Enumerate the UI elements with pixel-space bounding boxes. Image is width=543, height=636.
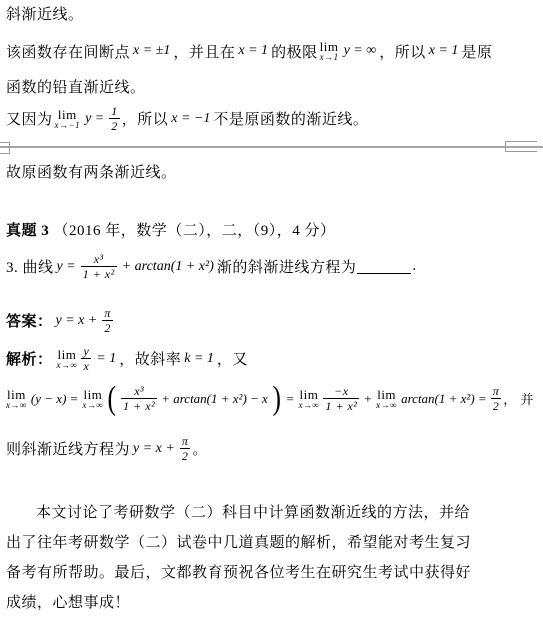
paragraph-line: 本文讨论了考研数学（二）科目中计算函数渐近线的方法，并给	[6, 498, 538, 528]
divider-right-marker	[505, 141, 537, 152]
math-expression: = 1	[93, 351, 119, 367]
math-expression: x = 1	[235, 43, 271, 59]
math-expression: k = 1	[181, 351, 217, 367]
conclusion-line: 则斜渐近线方程为 y = x + π 2 。	[6, 434, 208, 464]
fraction-numerator: −x	[332, 384, 350, 398]
math-expression: + arctan(1 + x²)	[119, 259, 217, 275]
limit-operator: lim x→∞	[57, 348, 78, 370]
body-text: ，所以	[122, 108, 169, 129]
math-expression: =	[284, 391, 297, 407]
fraction-denominator: 2	[491, 398, 502, 413]
text-line-3: 函数的铅直渐近线。	[6, 76, 146, 97]
body-text: 又因为	[6, 108, 53, 129]
fraction: y x	[81, 344, 91, 374]
blank-underline	[357, 259, 411, 274]
fraction-denominator: 2	[180, 448, 191, 463]
limit-operator: lim x→−1	[55, 108, 81, 130]
body-text: 故原函数有两条渐近线。	[6, 165, 177, 181]
math-expression: x = 1	[426, 43, 462, 59]
limit-subscript: x→∞	[298, 401, 319, 410]
limit-operator: lim x→∞	[82, 388, 103, 410]
body-text: ， 并	[503, 389, 534, 408]
fraction-numerator: 1	[109, 104, 120, 118]
body-text: 斜渐近线。	[6, 7, 84, 23]
question-line: 3. 曲线 y = x³ 1 + x² + arctan(1 + x²) 渐的斜…	[6, 252, 417, 282]
fraction: π 2	[102, 306, 113, 336]
divider-left-marker	[0, 142, 10, 154]
math-expression: x = −1	[168, 111, 213, 127]
body-text: 渐的斜渐进线方程为	[217, 256, 357, 277]
math-expression: y = ∞	[341, 43, 380, 59]
body-text: 。	[192, 438, 208, 459]
fraction-numerator: π	[102, 306, 113, 320]
limit-subscript: x→∞	[82, 401, 103, 410]
math-expression: (y − x) =	[29, 391, 81, 407]
fraction-numerator: π	[180, 434, 191, 448]
fraction-numerator: π	[491, 384, 502, 398]
body-text: 3. 曲线	[6, 256, 54, 277]
answer-label: 答案：	[6, 310, 53, 331]
analysis-line: 解析： lim x→∞ y x = 1 ，故斜率 k = 1 ，又	[6, 344, 248, 374]
fraction-denominator: 2	[109, 118, 120, 133]
limit-op-text: lim	[58, 108, 77, 121]
document-page: 斜渐近线。 该函数存在间断点 x = ±1 ，并且在 x = 1 的极限 lim…	[0, 0, 543, 636]
analysis-label: 解析：	[6, 348, 53, 369]
limit-subscript: x→∞	[6, 401, 27, 410]
limit-operator: lim x→∞	[298, 388, 319, 410]
answer-line: 答案： y = x + π 2	[6, 306, 115, 336]
limit-op-text: lim	[7, 388, 26, 401]
fraction-denominator: x	[81, 358, 91, 373]
math-expression: y =	[54, 259, 79, 275]
body-text: 该函数存在间断点	[6, 41, 130, 62]
paragraph-line: 备考有所帮助。最后，文都教育预祝各位考生在研究生考试中获得好	[6, 558, 538, 588]
limit-subscript: x→∞	[57, 361, 78, 370]
fraction-numerator: x³	[92, 252, 106, 266]
fraction: 1 2	[109, 104, 120, 134]
fraction: x³ 1 + x²	[81, 252, 117, 282]
math-expression: +	[361, 391, 374, 407]
fraction-numerator: y	[81, 344, 91, 358]
math-expression: + arctan(1 + x²) − x	[159, 391, 270, 407]
limit-subscript: x→1	[320, 53, 339, 62]
limit-op-text: lim	[58, 348, 77, 361]
body-text: ，又	[217, 348, 248, 369]
fraction-denominator: 1 + x²	[323, 398, 359, 413]
closing-paragraph: 本文讨论了考研数学（二）科目中计算函数渐近线的方法，并给 出了往年考研数学（二）…	[6, 498, 538, 618]
limit-operator: lim x→1	[320, 40, 339, 62]
body-text: ，故斜率	[119, 348, 181, 369]
body-text: 不是原函数的渐近线。	[213, 108, 368, 129]
fraction: π 2	[180, 434, 191, 464]
text-line-2: 该函数存在间断点 x = ±1 ，并且在 x = 1 的极限 lim x→1 y…	[6, 40, 492, 62]
page-divider-line	[0, 146, 543, 148]
body-text: 是原	[461, 41, 492, 62]
math-expression: y = x +	[53, 313, 101, 329]
fraction-denominator: 2	[102, 320, 113, 335]
limit-op-text: lim	[83, 388, 102, 401]
math-expression: y = x +	[130, 441, 178, 457]
math-expression: arctan(1 + x²) =	[399, 391, 489, 407]
paragraph-line: 成绩，心想事成！	[6, 588, 538, 618]
text-line-1: 斜渐近线。	[6, 3, 84, 24]
fraction-numerator: x³	[132, 384, 146, 398]
fraction-denominator: 1 + x²	[81, 266, 117, 281]
limit-operator: lim x→∞	[6, 388, 27, 410]
body-text: .	[412, 258, 416, 275]
limit-subscript: x→−1	[55, 121, 81, 130]
text-line-4: 又因为 lim x→−1 y = 1 2 ，所以 x = −1 不是原函数的渐近…	[6, 104, 368, 134]
paragraph-line: 出了往年考研数学（二）试卷中几道真题的解析，希望能对考生复习	[6, 528, 538, 558]
limit-subscript: x→∞	[376, 401, 397, 410]
math-expression: x = ±1	[130, 43, 173, 59]
body-text: ，并且在	[173, 41, 235, 62]
limit-op-text: lim	[299, 388, 318, 401]
body-text: ，所以	[379, 41, 426, 62]
body-text: 则斜渐近线方程为	[6, 438, 130, 459]
body-text: 函数的铅直渐近线。	[6, 80, 146, 96]
problem-heading: 真题 3 （2016 年，数学（二），二，（9），4 分）	[6, 219, 336, 240]
math-expression: y =	[82, 111, 107, 127]
problem-number-label: 真题 3	[6, 223, 49, 239]
limit-equation-line: lim x→∞ (y − x) = lim x→∞ ( x³ 1 + x² + …	[4, 384, 534, 414]
limit-op-text: lim	[377, 388, 396, 401]
limit-operator: lim x→∞	[376, 388, 397, 410]
body-text: 的极限	[271, 41, 318, 62]
text-line-5: 故原函数有两条渐近线。	[6, 161, 177, 182]
fraction: x³ 1 + x²	[121, 384, 157, 414]
fraction: π 2	[491, 384, 502, 414]
fraction-denominator: 1 + x²	[121, 398, 157, 413]
fraction: −x 1 + x²	[323, 384, 359, 414]
problem-source: （2016 年，数学（二），二，（9），4 分）	[54, 223, 336, 239]
